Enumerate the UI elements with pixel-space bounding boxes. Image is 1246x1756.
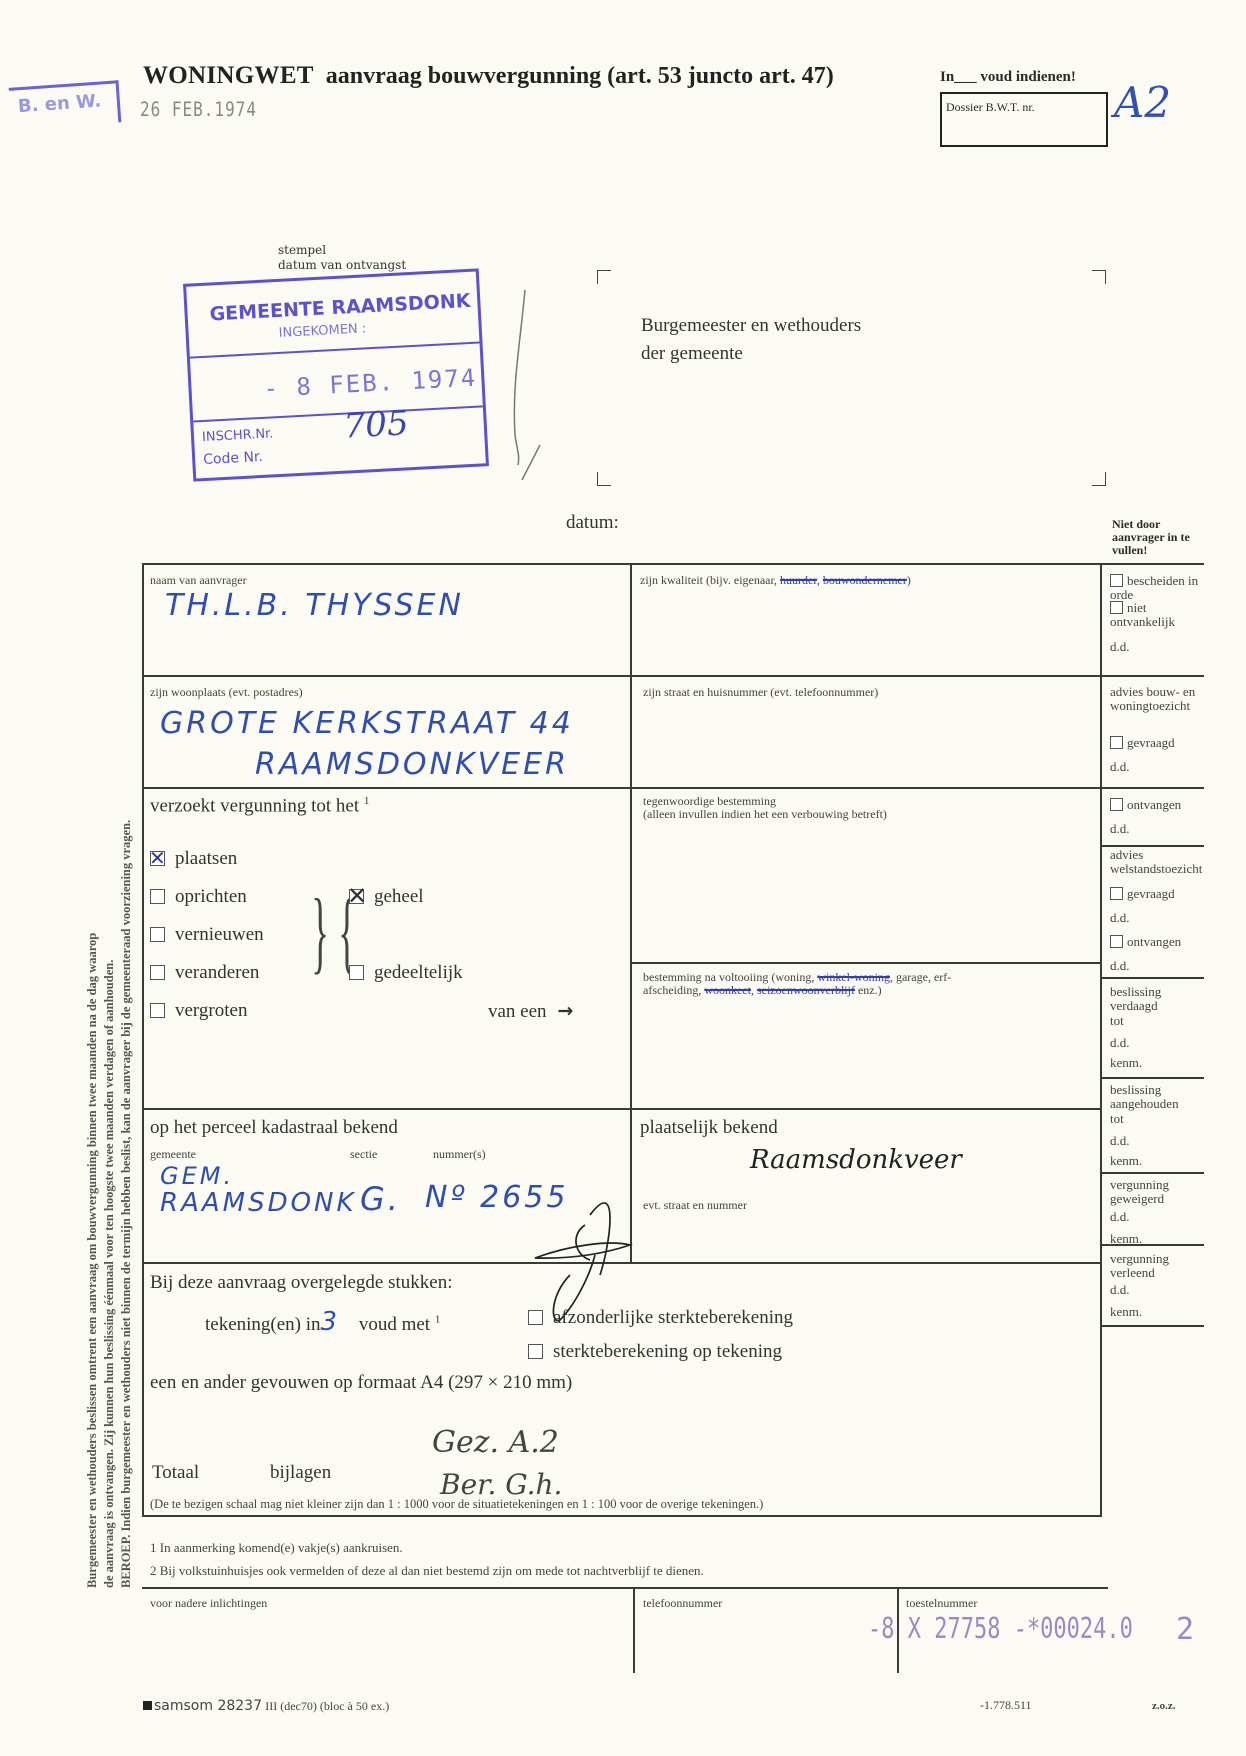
final-use-label: bestemming na voltooiing (woning, winkel… [643, 971, 951, 997]
side-text-line3: BEROEP. Indien burgemeester en wethouder… [118, 588, 135, 1588]
bw-stamp: B. en W. [9, 80, 122, 130]
stamp-label-line1: stempel [278, 243, 406, 258]
receipt-stamp: GEMEENTE RAAMSDONK INGEKOMEN : - 8 FEB. … [183, 268, 489, 481]
office-field-label: tot [1110, 1014, 1206, 1028]
checkbox[interactable] [349, 965, 364, 980]
separate-calc-option[interactable]: afzonderlijke sterkteberekening [528, 1307, 793, 1329]
office-field-label: kenm. [1110, 1305, 1206, 1319]
request-option-plaatsen[interactable]: plaatsen [150, 848, 237, 870]
calc-on-drawing-option[interactable]: sterkteberekening op tekening [528, 1341, 782, 1363]
office-field-label: d.d. [1110, 640, 1206, 654]
info-label: voor nadere inlichtingen [150, 1596, 267, 1611]
office-field-label: d.d. [1110, 1210, 1206, 1224]
right-brace: } [311, 885, 329, 977]
request-option-vernieuwen[interactable]: vernieuwen [150, 924, 264, 946]
footnote-1: 1 In aanmerking komend(e) vakje(s) aankr… [150, 1540, 403, 1556]
parcel-gem-line[interactable]: GEM. [160, 1162, 234, 1190]
office-field-label: advies bouw- en woningtoezicht [1110, 685, 1206, 713]
addressee-line2: der gemeente [641, 340, 861, 368]
office-checkbox-item[interactable]: gevraagd [1110, 887, 1206, 901]
office-field-label: d.d. [1110, 911, 1206, 925]
checkbox[interactable] [1110, 798, 1123, 811]
street-number-label: evt. straat en nummer [643, 1198, 747, 1213]
dossier-handwritten: A2 [1114, 78, 1171, 127]
addressee-line1: Burgemeester en wethouders [641, 312, 861, 340]
checkbox[interactable] [1110, 574, 1123, 587]
residence-line2-field[interactable]: RAAMSDONKVEER [255, 747, 569, 782]
form-code: -1.778.511 [980, 1698, 1032, 1713]
residence-label: zijn woonplaats (evt. postadres) [150, 685, 303, 700]
office-field-label: d.d. [1110, 822, 1206, 836]
number-stamp-digit: 2 [1176, 1612, 1194, 1647]
office-checkbox-item[interactable]: bescheiden in orde [1110, 574, 1206, 602]
office-field-label: advies welstandstoezicht [1110, 848, 1206, 876]
office-use-note: Niet door aanvrager in te vullen! [1112, 518, 1212, 557]
checkbox[interactable] [1110, 887, 1123, 900]
legal-side-text: Burgemeester en wethouders beslissen omt… [84, 588, 135, 1588]
office-field-label: beslissing verdaagd [1110, 985, 1206, 1013]
stamp-inschr: INSCHR.Nr. [202, 426, 274, 445]
stamp-handwritten-number: 705 [343, 403, 410, 446]
dossier-number-box[interactable]: Dossier B.W.T. nr. [940, 92, 1108, 147]
checkbox[interactable] [150, 927, 165, 942]
van-een-label: van een → [488, 1000, 573, 1023]
form-title: WONINGWET aanvraag bouwvergunning (art. … [143, 62, 834, 90]
office-field-label: kenm. [1110, 1232, 1206, 1246]
applicant-quality-label: zijn kwaliteit (bijv. eigenaar, huurder,… [640, 573, 911, 588]
window-corner-tl [597, 270, 611, 284]
option-label: oprichten [175, 886, 247, 907]
office-checkbox-item[interactable]: niet ontvankelijk [1110, 601, 1206, 629]
window-corner-bl [597, 472, 611, 486]
checkbox[interactable] [150, 1003, 165, 1018]
checkbox[interactable] [150, 965, 165, 980]
samsom-logo-icon [143, 1701, 152, 1710]
office-field-label: beslissing aangehouden [1110, 1083, 1206, 1111]
side-text-line2: de aanvraag is ontvangen. Zij kunnen hun… [101, 588, 118, 1588]
stamp-label-line2: datum van ontvangst [278, 258, 406, 273]
parcel-nummer-label: nummer(s) [433, 1147, 486, 1162]
title-law: WONINGWET [143, 62, 314, 89]
parcel-sectie-field[interactable]: G. [360, 1180, 401, 1218]
office-field-label: kenm. [1110, 1056, 1206, 1070]
current-use-label: tegenwoordige bestemming (alleen invulle… [643, 795, 887, 821]
office-checkbox-item[interactable]: gevraagd [1110, 736, 1206, 750]
office-field-label: d.d. [1110, 1283, 1206, 1297]
checkbox[interactable] [150, 889, 165, 904]
office-field-label: kenm. [1110, 1154, 1206, 1168]
date-stamp: 26 FEB.1974 [140, 98, 257, 121]
extension-label: toestelnummer [906, 1596, 977, 1611]
publisher-line: samsom 28237 III (dec70) (bloc à 50 ex.) [143, 1698, 389, 1714]
checkbox[interactable] [150, 851, 165, 866]
option-label: vergroten [175, 1000, 247, 1021]
office-checkbox-item[interactable]: ontvangen [1110, 798, 1206, 812]
attachments-label: bijlagen [270, 1462, 331, 1484]
office-field-label: d.d. [1110, 959, 1206, 973]
addressee: Burgemeester en wethouders der gemeente [641, 312, 861, 368]
stamp-label: stempel datum van ontvangst [278, 243, 406, 273]
window-corner-tr [1092, 270, 1106, 284]
checkbox[interactable] [528, 1344, 543, 1359]
handwritten-note-1: Gez. A.2 [432, 1425, 559, 1460]
parcel-heading: op het perceel kadastraal bekend [150, 1117, 398, 1139]
scale-note: (De te bezigen schaal mag niet kleiner z… [150, 1497, 763, 1512]
local-known-label: plaatselijk bekend [640, 1117, 778, 1139]
stamp-received: INGEKOMEN : [278, 321, 366, 341]
submission-note: In___ voud indienen! [940, 69, 1076, 86]
option-label: veranderen [175, 962, 259, 983]
format-note: een en ander gevouwen op formaat A4 (297… [150, 1372, 572, 1394]
checkbox[interactable] [349, 889, 364, 904]
checkbox[interactable] [1110, 935, 1123, 948]
stamp-code: Code Nr. [203, 449, 263, 468]
pencil-mark-icon [500, 285, 550, 485]
checkbox[interactable] [1110, 736, 1123, 749]
arrow-right-icon: → [557, 1000, 573, 1022]
total-label: Totaal [152, 1462, 199, 1484]
office-field-label: d.d. [1110, 1134, 1206, 1148]
office-field-label: vergunning geweigerd [1110, 1178, 1206, 1206]
side-text-line1: Burgemeester en wethouders beslissen omt… [84, 588, 101, 1588]
office-checkbox-item[interactable]: ontvangen [1110, 935, 1206, 949]
number-stamp: -8 X 27758 -*00024.0 [868, 1613, 1133, 1646]
parcel-sectie-label: sectie [350, 1147, 377, 1162]
local-known-field[interactable]: Raamsdonkveer [750, 1145, 962, 1175]
checkbox[interactable] [1110, 601, 1123, 614]
window-corner-br [1092, 472, 1106, 486]
title-subject: aanvraag bouwvergunning (art. 53 juncto … [326, 63, 834, 89]
residence-line1-field[interactable]: GROTE KERKSTRAAT 44 [160, 706, 574, 741]
checkbox[interactable] [528, 1310, 543, 1325]
zoz-note: z.o.z. [1152, 1700, 1176, 1712]
request-option-vergroten[interactable]: vergroten [150, 1000, 247, 1022]
footnote-2: 2 Bij volkstuinhuisjes ook vermelden of … [150, 1563, 704, 1579]
office-field-label: tot [1110, 1112, 1206, 1126]
office-field-label: d.d. [1110, 1036, 1206, 1050]
drawings-count-field[interactable]: 3 [321, 1307, 341, 1337]
phone-label: telefoonnummer [643, 1596, 722, 1611]
dossier-label: Dossier B.W.T. nr. [946, 100, 1035, 114]
applicant-name-field[interactable]: TH.L.B. THYSSEN [165, 588, 464, 623]
office-field-label: d.d. [1110, 760, 1206, 774]
option-label: vernieuwen [175, 924, 264, 945]
street-label: zijn straat en huisnummer (evt. telefoon… [643, 685, 878, 700]
drawings-line: tekening(en) in3 voud met 1 [205, 1307, 440, 1337]
parcel-gemeente-field[interactable]: RAAMSDONK [160, 1188, 357, 1218]
office-field-label: vergunning verleend [1110, 1252, 1206, 1280]
datum-label: datum: [566, 512, 619, 534]
attachments-heading: Bij deze aanvraag overgelegde stukken: [150, 1272, 452, 1294]
applicant-name-label: naam van aanvrager [150, 573, 247, 588]
stamp-date: - 8 FEB. 1974 [263, 364, 478, 403]
option-label: geheel [374, 886, 424, 907]
parcel-gemeente-label: gemeente [150, 1147, 196, 1162]
scope-option-gedeeltelijk[interactable]: gedeeltelijk [349, 962, 463, 984]
stamp-municipality: GEMEENTE RAAMSDONK [209, 290, 471, 326]
request-option-veranderen[interactable]: veranderen [150, 962, 259, 984]
request-option-oprichten[interactable]: oprichten [150, 886, 247, 908]
option-label: plaatsen [175, 848, 237, 869]
option-label: gedeeltelijk [374, 962, 463, 983]
scope-option-geheel[interactable]: geheel [349, 886, 424, 908]
request-heading: verzoekt vergunning tot het 1 [150, 795, 369, 817]
